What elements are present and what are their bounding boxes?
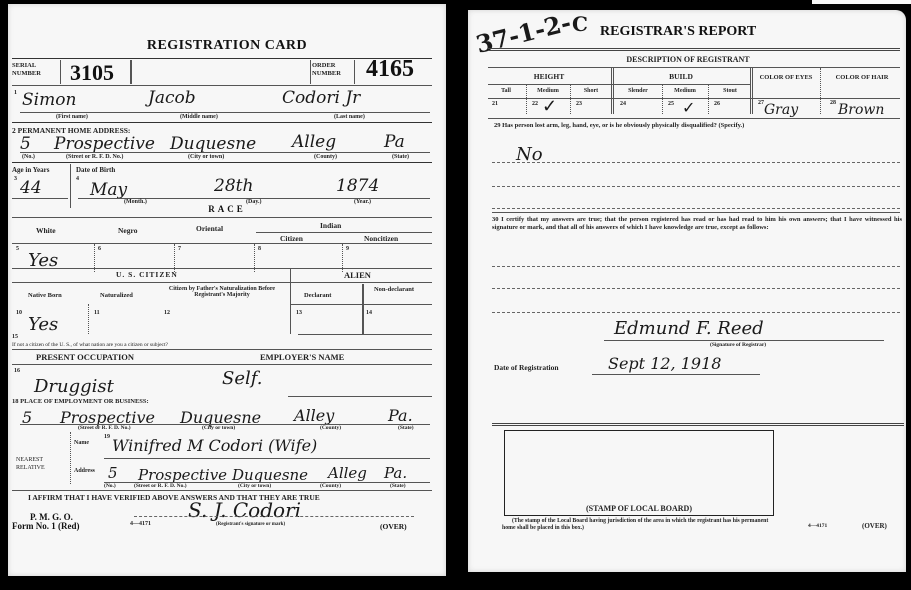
dob-year: 1874 (336, 176, 379, 196)
race-title: RACE (8, 204, 446, 214)
serial-number-label: SERIAL NUMBER (12, 62, 56, 78)
occupation-header: PRESENT OCCUPATION (36, 352, 134, 362)
adjacent-card-edge (812, 0, 911, 4)
last-name: Codori Jr (282, 88, 360, 108)
form-code: 4—4171 (130, 521, 151, 527)
occupation-value: Druggist (34, 376, 114, 397)
home-address-state: Pa (384, 132, 405, 152)
first-name: Simon (22, 90, 76, 110)
dob-month: May (90, 180, 127, 200)
field15-question: If not a citizen of the U. S., of what n… (12, 342, 168, 348)
q30-certification: 30 I certify that my answers are true; t… (492, 216, 902, 232)
native-born-value: Yes (28, 314, 58, 335)
hair-color-value: Brown (838, 102, 884, 118)
date-of-registration-label: Date of Registration (494, 363, 559, 372)
order-number-label: ORDER NUMBER (312, 62, 354, 78)
age-label: Age in Years (12, 166, 49, 174)
relative-address-no: 5 (108, 464, 118, 482)
us-citizen-title: U. S. CITIZEN (116, 270, 178, 279)
description-title: DESCRIPTION OF REGISTRANT (488, 55, 888, 64)
registration-card: REGISTRATION CARD SERIAL NUMBER 3105 ORD… (8, 4, 446, 576)
report-form-code: 4—4171 (808, 523, 827, 529)
home-address-no: 5 (20, 134, 31, 154)
relative-name-label: Name (74, 440, 89, 446)
date-of-registration-value: Sept 12, 1918 (608, 354, 721, 373)
employment-county: Alley (294, 406, 334, 425)
stamp-label: (STAMP OF LOCAL BOARD) (505, 504, 773, 513)
over-label: (OVER) (380, 522, 407, 531)
dob-label: Date of Birth (76, 166, 115, 174)
relative-address-state: Pa. (384, 464, 407, 482)
registrant-signature: S. J. Codori (188, 498, 301, 522)
home-address-county: Alleg (292, 132, 336, 152)
relative-address-label: Address (74, 468, 95, 474)
employer-header: EMPLOYER'S NAME (260, 352, 344, 362)
registrar-signature-caption: (Signature of Registrar) (710, 342, 766, 348)
stamp-note: (The stamp of the Local Board having jur… (502, 518, 782, 532)
relative-address-county: Alleg (328, 464, 367, 482)
signature-caption: (Registrant's signature or mark) (216, 522, 285, 527)
card-title: REGISTRATION CARD (8, 38, 446, 54)
employment-state: Pa. (388, 406, 413, 425)
home-address-street: Prospective (54, 134, 155, 154)
report-over-label: (OVER) (862, 522, 887, 530)
employer-value: Self. (222, 368, 262, 389)
order-number: 4165 (366, 56, 414, 83)
local-board-stamp-box: (STAMP OF LOCAL BOARD) (504, 430, 774, 516)
handwritten-letter: C (572, 12, 588, 36)
report-title: REGISTRAR'S REPORT (600, 24, 756, 40)
relative-name: Winifred M Codori (Wife) (112, 436, 317, 455)
handwritten-code: 37-1-2- (473, 7, 574, 59)
registrars-report-card: 37-1-2- C REGISTRAR'S REPORT DESCRIPTION… (468, 10, 906, 572)
q29-question: 29 Has person lost arm, leg, hand, eye, … (494, 122, 894, 130)
dob-day: 28th (214, 176, 253, 196)
build-medium-check: ✓ (682, 98, 695, 117)
middle-name: Jacob (148, 88, 196, 108)
alien-title: ALIEN (344, 270, 371, 280)
form-number: Form No. 1 (Red) (12, 521, 79, 531)
age-value: 44 (20, 178, 42, 198)
home-address-city: Duquesne (170, 134, 256, 154)
nearest-relative-label: NEAREST RELATIVE (16, 456, 66, 472)
serial-number: 3105 (70, 60, 114, 86)
eye-color-value: Gray (764, 102, 798, 118)
height-medium-check: ✓ (542, 96, 557, 117)
registrar-signature: Edmund F. Reed (614, 318, 764, 339)
